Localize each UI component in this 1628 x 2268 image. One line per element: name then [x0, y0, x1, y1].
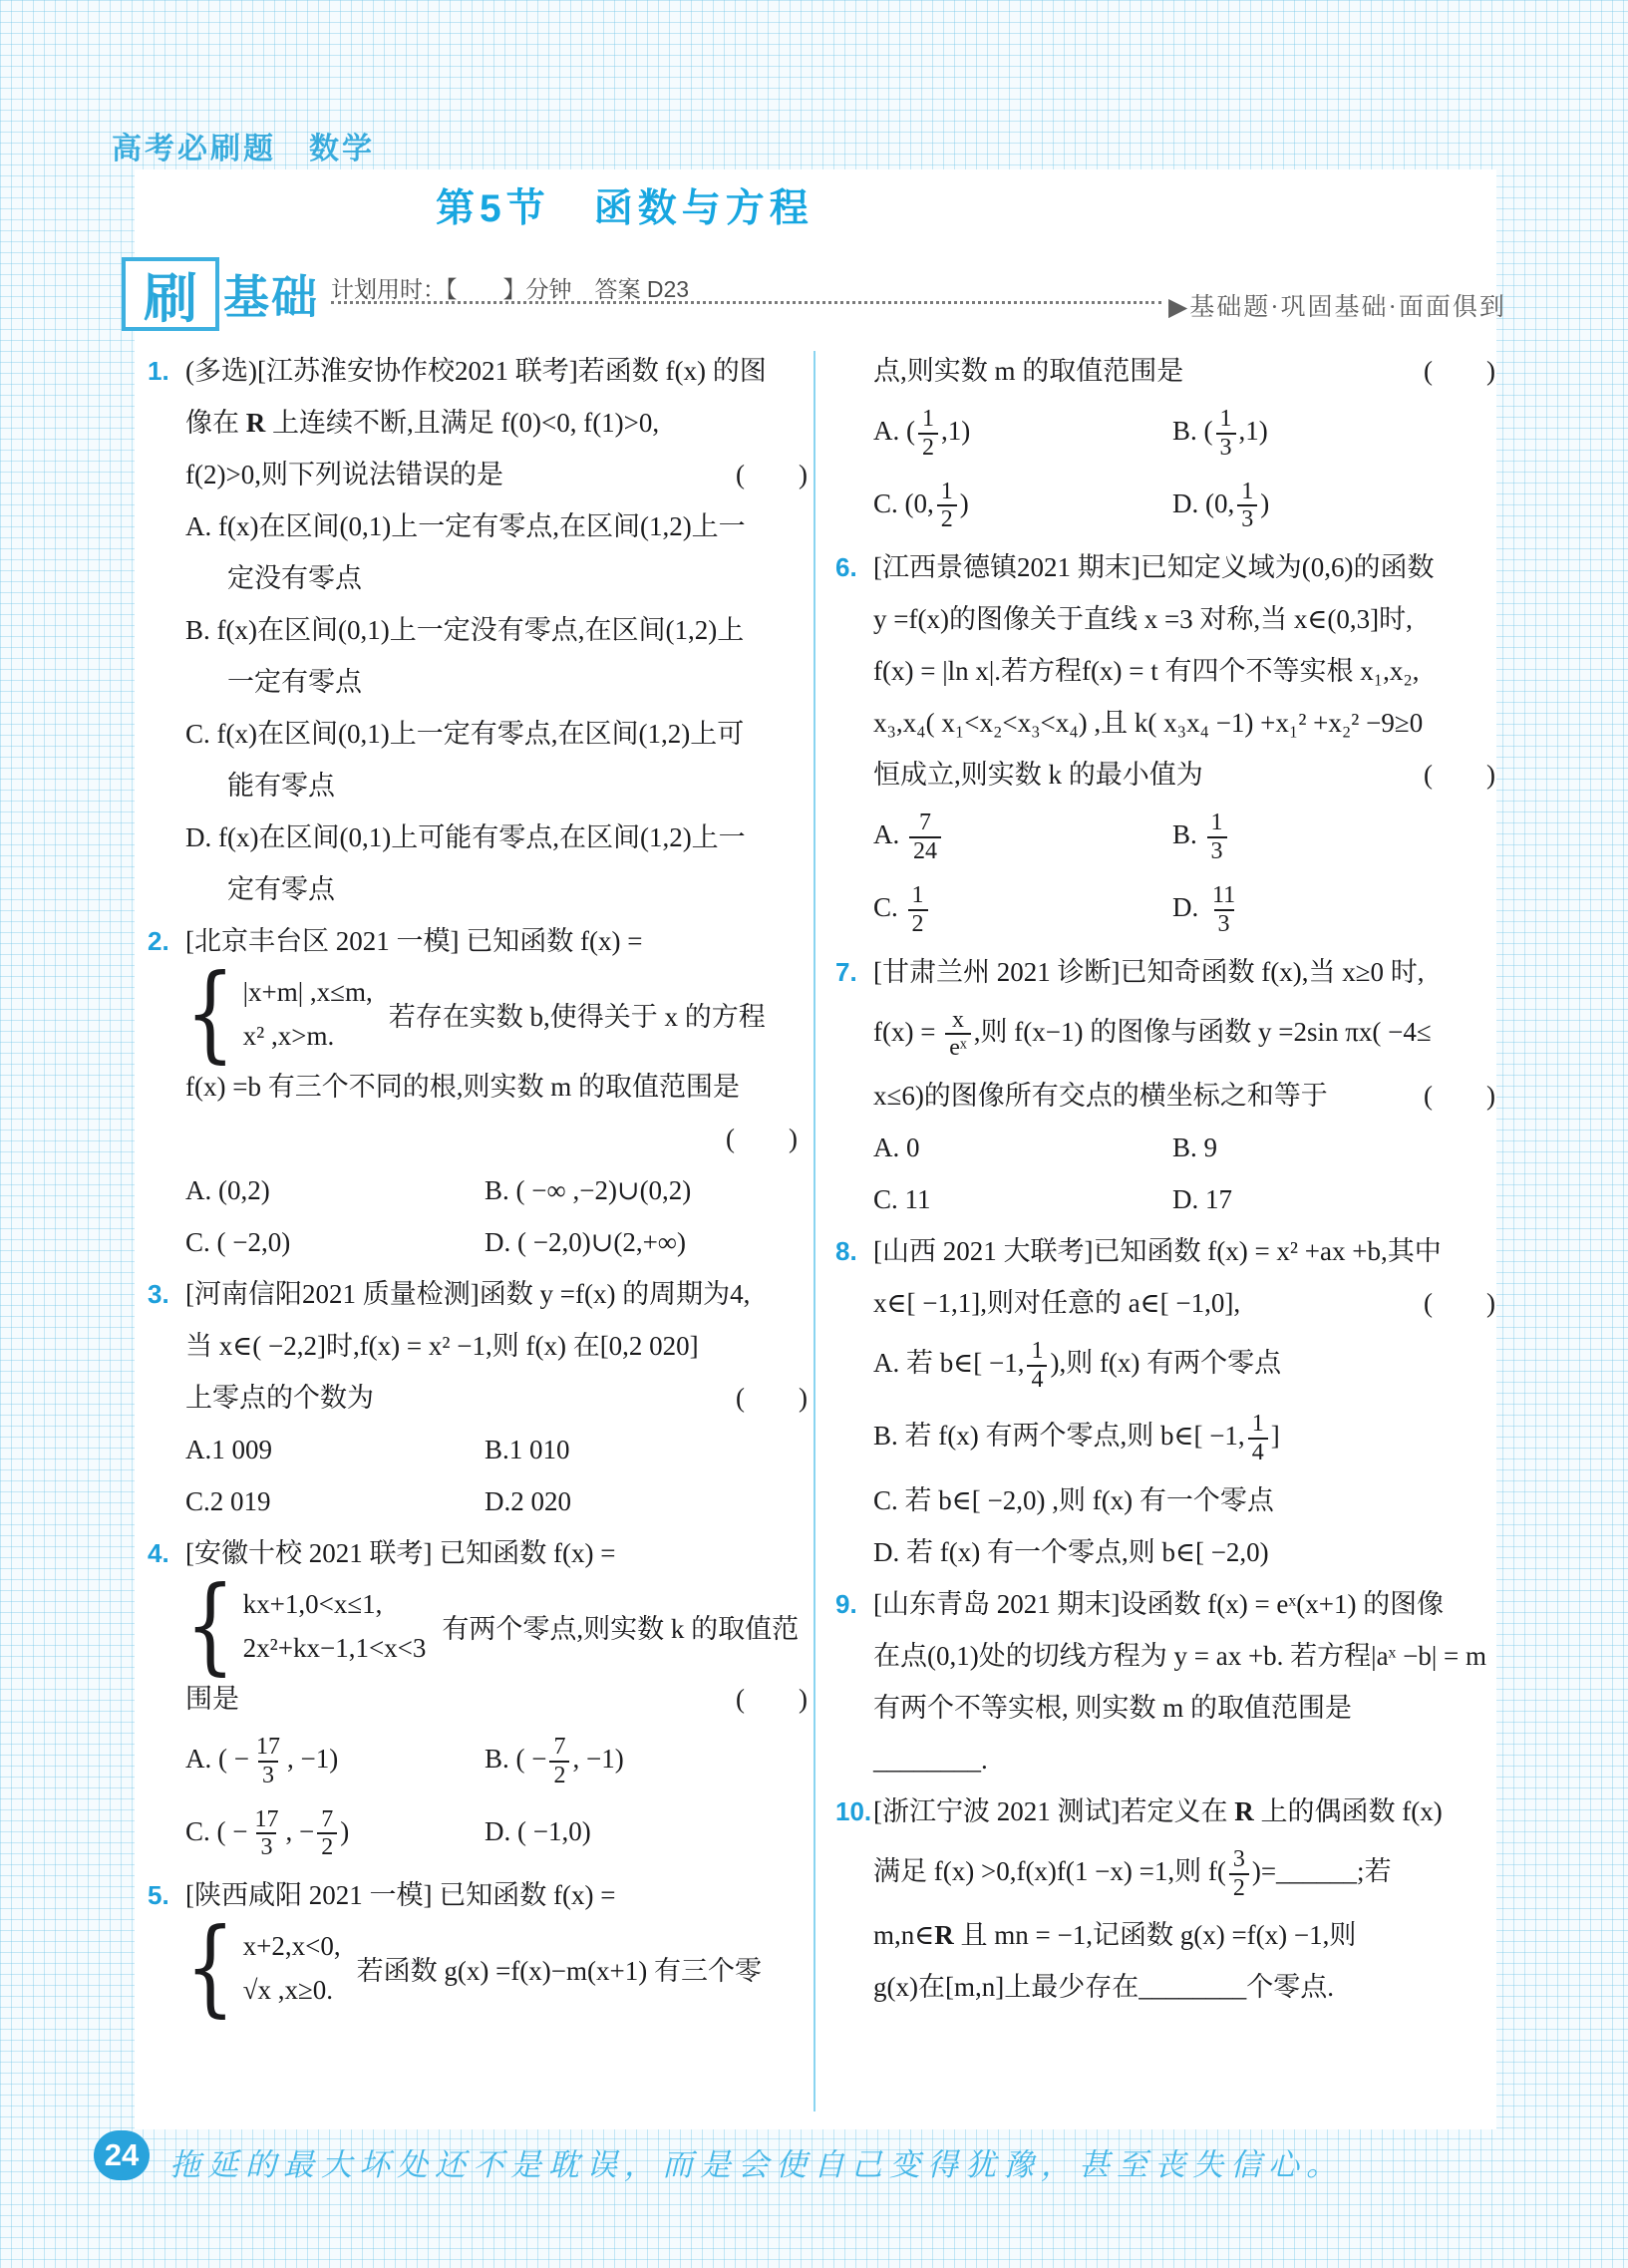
problem-2: 2. [北京丰台区 2021 一模] 已知函数 f(x) = { |x+m| ,…	[148, 915, 808, 1268]
problem-number: 3.	[148, 1268, 169, 1320]
option-c: C. 若 b∈[ −2,0) ,则 f(x) 有一个零点	[835, 1474, 1495, 1526]
option-c: C. f(x)在区间(0,1)上一定有零点,在区间(1,2)上可	[148, 708, 808, 760]
option-a: A. ( −173, −1)	[185, 1733, 485, 1789]
options-row: A. (0,2) B. ( −∞ ,−2)∪(0,2)	[148, 1164, 808, 1216]
problem-line: x₃,x₄( x₁<x₂<x₃<x₄) ,且 k( x₃x₄ −1) +x₁² …	[835, 697, 1495, 749]
options-row: A.1 009 B.1 010	[148, 1424, 808, 1475]
section-title: 第5节 函数与方程	[436, 177, 814, 233]
problem-line: (多选)[江苏淮安协作校2021 联考]若函数 f(x) 的图	[148, 345, 808, 397]
problem-line: [河南信阳2021 质量检测]函数 y =f(x) 的周期为4,	[148, 1268, 808, 1320]
problem-line: [江西景德镇2021 期末]已知定义域为(0,6)的函数	[835, 541, 1495, 593]
page-number-badge: 24	[94, 2130, 150, 2180]
problem-number: 6.	[835, 541, 857, 593]
option-d: D.2 020	[485, 1475, 571, 1527]
piecewise-pieces: x+2,x<0, √x ,x≥0.	[243, 1930, 341, 2007]
piecewise-pieces: kx+1,0<x≤1, 2x²+kx−1,1<x<3	[243, 1588, 427, 1665]
badge-char: 刷	[144, 256, 197, 333]
option-b: B.1 010	[485, 1424, 570, 1475]
option-a: A. (12,1)	[873, 405, 1172, 462]
options-row: A. 0 B. 9	[835, 1122, 1495, 1173]
problem-line: [甘肃兰州 2021 诊断]已知奇函数 f(x),当 x≥0 时,	[835, 946, 1495, 998]
answer-parens: ( )	[1424, 345, 1495, 397]
option-d: D. (0,13)	[1172, 478, 1269, 534]
piecewise-function: { x+2,x<0, √x ,x≥0. 若函数 g(x) =f(x)−m(x+1…	[185, 1929, 808, 2007]
left-column: 1. (多选)[江苏淮安协作校2021 联考]若函数 f(x) 的图 像在 R …	[148, 345, 808, 2015]
piecewise-after: 若函数 g(x) =f(x)−m(x+1) 有三个零	[357, 1949, 762, 1988]
option-b: B. 若 f(x) 有两个零点,则 b∈[ −1,14]	[835, 1402, 1495, 1474]
brace-glyph: {	[185, 961, 235, 1066]
problem-line: f(x) = xeˣ,则 f(x−1) 的图像与函数 y =2sin πx( −…	[835, 998, 1495, 1071]
problem-3: 3. [河南信阳2021 质量检测]函数 y =f(x) 的周期为4, 当 x∈…	[148, 1268, 808, 1527]
problem-line: 恒成立,则实数 k 的最小值为 ( )	[835, 749, 1495, 801]
problem-line: y =f(x)的图像关于直线 x =3 对称,当 x∈(0,3]时,	[835, 593, 1495, 645]
option-b: B. ( −72, −1)	[485, 1733, 624, 1789]
problem-5: 5. [陕西咸阳 2021 一模] 已知函数 f(x) = { x+2,x<0,…	[148, 1869, 808, 2007]
answer-parens: ( )	[1424, 1070, 1495, 1122]
column-divider	[814, 351, 815, 2111]
problem-line-text: 上零点的个数为	[185, 1372, 374, 1424]
option-b-cont: 一定有零点	[148, 656, 808, 708]
option-a-cont: 定没有零点	[148, 552, 808, 604]
answer-parens: ( )	[736, 1673, 808, 1725]
problem-number: 10.	[835, 1785, 871, 1837]
problem-number: 8.	[835, 1225, 857, 1277]
problem-line: [北京丰台区 2021 一模] 已知函数 f(x) =	[148, 915, 808, 967]
options-row: C. 11 D. 17	[835, 1173, 1495, 1225]
problem-line-text: f(2)>0,则下列说法错误的是	[185, 449, 503, 500]
options-row: A. 724 B. 13	[835, 801, 1495, 873]
problem-line: [陕西咸阳 2021 一模] 已知函数 f(x) =	[148, 1869, 808, 1921]
options-row: C. 12 D. 113	[835, 873, 1495, 946]
option-b: B. f(x)在区间(0,1)上一定没有零点,在区间(1,2)上	[148, 604, 808, 656]
problem-number: 4.	[148, 1527, 169, 1579]
problem-1: 1. (多选)[江苏淮安协作校2021 联考]若函数 f(x) 的图 像在 R …	[148, 345, 808, 915]
options-row: C. (0,12) D. (0,13)	[835, 470, 1495, 542]
option-d: D. 113	[1172, 881, 1242, 938]
problem-number: 9.	[835, 1578, 857, 1630]
brace-glyph: {	[185, 1916, 235, 2021]
option-a: A.1 009	[185, 1424, 485, 1475]
option-a: A. 0	[873, 1122, 1172, 1173]
problem-line: 点,则实数 m 的取值范围是 ( )	[835, 345, 1495, 397]
option-a: A. 724	[873, 809, 1172, 865]
problem-line-text: x≤6)的图像所有交点的横坐标之和等于	[873, 1070, 1328, 1122]
problem-line: [浙江宁波 2021 测试]若定义在 R 上的偶函数 f(x)	[835, 1785, 1495, 1837]
problem-line: [山西 2021 大联考]已知函数 f(x) = x² +ax +b,其中	[835, 1225, 1495, 1277]
option-a: A. 若 b∈[ −1,14),则 f(x) 有两个零点	[835, 1329, 1495, 1402]
piecewise-function: { kx+1,0<x≤1, 2x²+kx−1,1<x<3 有两个零点,则实数 k…	[185, 1587, 808, 1665]
option-d: D. 17	[1172, 1173, 1232, 1225]
option-b: B. (13,1)	[1172, 405, 1268, 462]
problem-line: f(x) = |ln x|.若方程f(x) = t 有四个不等实根 x₁,x₂,	[835, 645, 1495, 697]
problem-line: [安徽十校 2021 联考] 已知函数 f(x) =	[148, 1527, 808, 1579]
problem-10: 10. [浙江宁波 2021 测试]若定义在 R 上的偶函数 f(x) 满足 f…	[835, 1785, 1495, 2014]
option-d: D. f(x)在区间(0,1)上可能有零点,在区间(1,2)上一	[148, 811, 808, 863]
piecewise-after: 若存在实数 b,使得关于 x 的方程	[389, 995, 766, 1034]
problem-number: 2.	[148, 915, 169, 967]
option-b: B. 9	[1172, 1122, 1217, 1173]
problem-number: 5.	[148, 1869, 169, 1921]
problem-8: 8. [山西 2021 大联考]已知函数 f(x) = x² +ax +b,其中…	[835, 1225, 1495, 1577]
option-a: A. (0,2)	[185, 1164, 485, 1216]
piece-2: x² ,x>m.	[243, 1020, 373, 1052]
problem-line: g(x)在[m,n]上最少存在________个零点.	[835, 1961, 1495, 2013]
problem-line-text: 点,则实数 m 的取值范围是	[873, 345, 1183, 397]
options-row: A. (12,1) B. (13,1)	[835, 397, 1495, 470]
piecewise-function: { |x+m| ,x≤m, x² ,x>m. 若存在实数 b,使得关于 x 的方…	[185, 975, 808, 1053]
badge-label: 基础	[223, 261, 319, 327]
problem-line: 围是 ( )	[148, 1673, 808, 1725]
option-d-cont: 定有零点	[148, 863, 808, 915]
problem-7: 7. [甘肃兰州 2021 诊断]已知奇函数 f(x),当 x≥0 时, f(x…	[835, 946, 1495, 1226]
answer-parens: ( )	[148, 1113, 808, 1164]
problem-line: 满足 f(x) >0,f(x)f(1 −x) =1,则 f(32)=______…	[835, 1837, 1495, 1910]
answer-parens: ( )	[1424, 749, 1495, 801]
problem-line: 像在 R 上连续不断,且满足 f(0)<0, f(1)>0,	[148, 397, 808, 449]
answer-blank: ________.	[835, 1734, 1495, 1785]
piece-1: |x+m| ,x≤m,	[243, 976, 373, 1008]
option-d: D. ( −1,0)	[485, 1805, 591, 1862]
problem-6: 6. [江西景德镇2021 期末]已知定义域为(0,6)的函数 y =f(x)的…	[835, 541, 1495, 945]
problem-line-text: 恒成立,则实数 k 的最小值为	[873, 749, 1203, 801]
book-brand: 高考必刷题 数学	[112, 124, 375, 167]
option-c: C. ( −2,0)	[185, 1216, 485, 1268]
option-c: C. 12	[873, 881, 1172, 938]
piece-2: √x ,x≥0.	[243, 1974, 341, 2006]
brace-glyph: {	[185, 1573, 235, 1678]
piece-2: 2x²+kx−1,1<x<3	[243, 1632, 427, 1664]
problem-line: x≤6)的图像所有交点的横坐标之和等于 ( )	[835, 1070, 1495, 1122]
option-d: D. ( −2,0)∪(2,+∞)	[485, 1216, 686, 1268]
option-c: C. 11	[873, 1173, 1172, 1225]
answer-parens: ( )	[1424, 1277, 1495, 1329]
options-row: C. ( −173, −72) D. ( −1,0)	[148, 1797, 808, 1870]
piecewise-after: 有两个零点,则实数 k 的取值范	[442, 1607, 799, 1646]
problem-line-text: x∈[ −1,1],则对任意的 a∈[ −1,0],	[873, 1277, 1240, 1329]
dotted-divider	[331, 287, 1161, 304]
problem-number: 1.	[148, 345, 169, 397]
problem-line: f(2)>0,则下列说法错误的是 ( )	[148, 449, 808, 500]
badge-box: 刷	[122, 257, 219, 331]
option-d: D. 若 f(x) 有一个零点,则 b∈[ −2,0)	[835, 1526, 1495, 1578]
problem-line: [山东青岛 2021 期末]设函数 f(x) = eˣ(x+1) 的图像	[835, 1578, 1495, 1630]
options-row: C. ( −2,0) D. ( −2,0)∪(2,+∞)	[148, 1216, 808, 1268]
options-row: C.2 019 D.2 020	[148, 1475, 808, 1527]
option-c: C. ( −173, −72)	[185, 1805, 485, 1862]
footer-motto: 拖延的最大坏处还不是耽误，而是会使自己变得犹豫，甚至丧失信心。	[169, 2139, 1344, 2184]
problem-number: 7.	[835, 946, 857, 998]
problem-5-continued: 点,则实数 m 的取值范围是 ( ) A. (12,1) B. (13,1) C…	[835, 345, 1495, 541]
piece-1: kx+1,0<x≤1,	[243, 1588, 427, 1620]
problem-line: f(x) =b 有三个不同的根,则实数 m 的取值范围是	[148, 1061, 808, 1113]
answer-parens: ( )	[736, 1372, 808, 1424]
option-c: C. (0,12)	[873, 478, 1172, 534]
piece-1: x+2,x<0,	[243, 1930, 341, 1962]
problem-line: 上零点的个数为 ( )	[148, 1372, 808, 1424]
option-a: A. f(x)在区间(0,1)上一定有零点,在区间(1,2)上一	[148, 500, 808, 552]
section-note: ▶基础题·巩固基础·面面俱到	[1168, 287, 1506, 323]
problem-line: 在点(0,1)处的切线方程为 y = ax +b. 若方程|aˣ −b| = m	[835, 1630, 1495, 1682]
answer-parens: ( )	[736, 449, 808, 500]
right-column: 点,则实数 m 的取值范围是 ( ) A. (12,1) B. (13,1) C…	[835, 345, 1495, 2013]
option-b: B. 13	[1172, 809, 1230, 865]
option-c-cont: 能有零点	[148, 760, 808, 811]
problem-line: m,n∈R 且 mn = −1,记函数 g(x) =f(x) −1,则	[835, 1909, 1495, 1961]
piecewise-pieces: |x+m| ,x≤m, x² ,x>m.	[243, 976, 373, 1053]
problem-9: 9. [山东青岛 2021 期末]设函数 f(x) = eˣ(x+1) 的图像 …	[835, 1578, 1495, 1785]
problem-line: x∈[ −1,1],则对任意的 a∈[ −1,0], ( )	[835, 1277, 1495, 1329]
problem-line: 有两个不等实根, 则实数 m 的取值范围是	[835, 1682, 1495, 1734]
option-c: C.2 019	[185, 1475, 485, 1527]
problem-line: 当 x∈( −2,2]时,f(x) = x² −1,则 f(x) 在[0,2 0…	[148, 1320, 808, 1372]
options-row: A. ( −173, −1) B. ( −72, −1)	[148, 1725, 808, 1797]
problem-4: 4. [安徽十校 2021 联考] 已知函数 f(x) = { kx+1,0<x…	[148, 1527, 808, 1869]
option-b: B. ( −∞ ,−2)∪(0,2)	[485, 1164, 691, 1216]
